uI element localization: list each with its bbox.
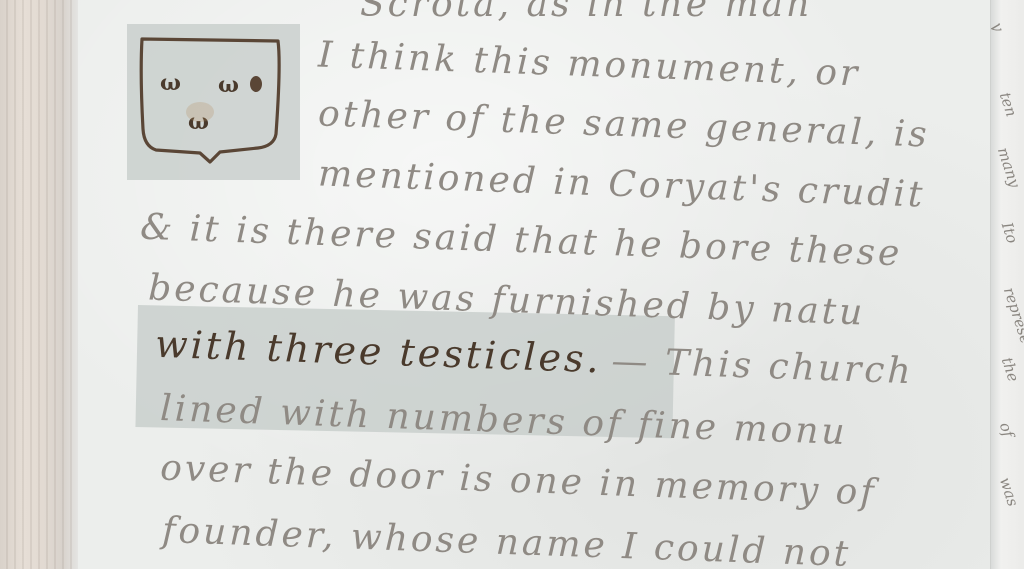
book-page-edges xyxy=(0,0,78,569)
manuscript-line-1: Scrota, as in the man xyxy=(360,0,812,25)
margin-note: many xyxy=(994,145,1024,190)
svg-text:ω: ω xyxy=(218,72,239,98)
margin-note: ten xyxy=(996,90,1021,119)
margin-note: of xyxy=(996,420,1018,439)
facing-page-edge: y ten many Ito represe the of was xyxy=(990,0,1024,569)
margin-note: Ito xyxy=(998,220,1022,246)
margin-note: the xyxy=(998,355,1023,384)
margin-note: y xyxy=(990,20,1008,34)
coat-of-arms-icon: ω ω ω xyxy=(138,34,283,169)
svg-text:ω: ω xyxy=(160,70,181,96)
margin-note: represe xyxy=(1000,285,1024,346)
margin-note: was xyxy=(996,475,1022,509)
